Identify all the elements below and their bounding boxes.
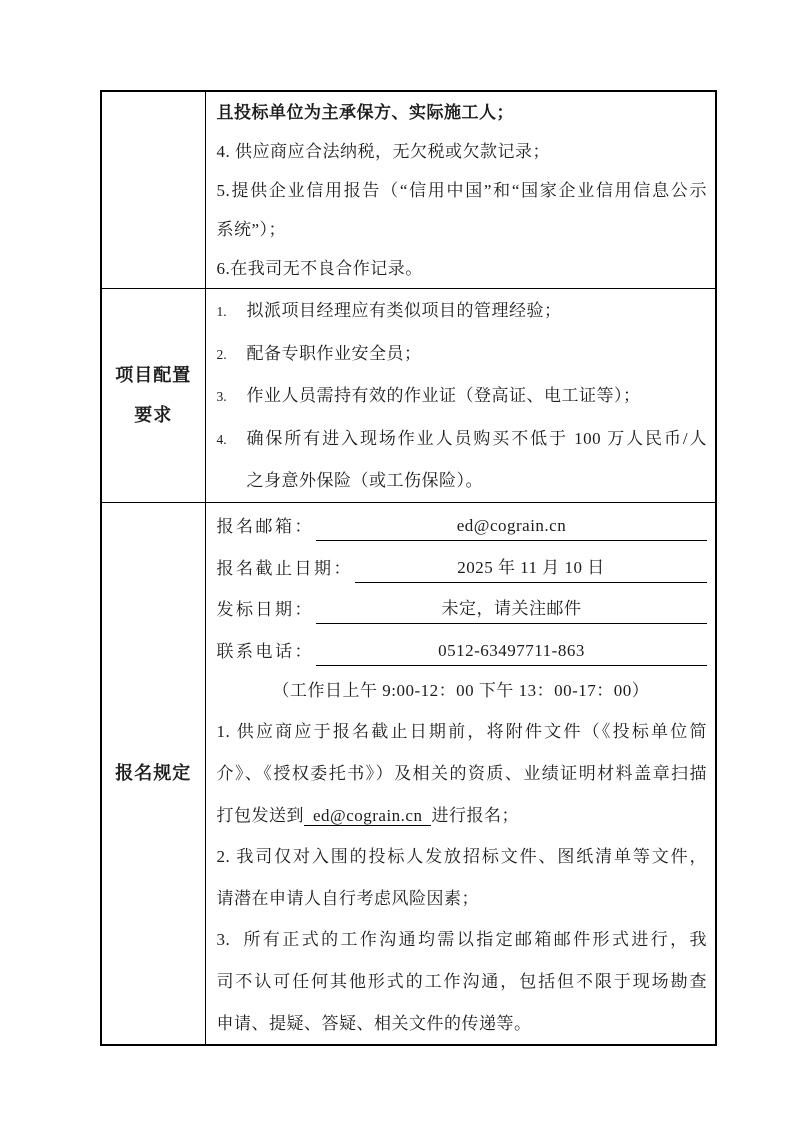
text-line: 6.在我司无不良合作记录。 [217, 249, 708, 288]
field-value: 未定，请关注邮件 [316, 595, 707, 624]
tender-requirements-table: 且投标单位为主承保方、实际施工人； 4. 供应商应合法纳税，无欠税或欠款记录； … [100, 90, 717, 1046]
send-line-suffix: 进行报名； [431, 806, 519, 825]
row-label-line: 报名规定 [103, 753, 204, 793]
field-value: 2025 年 11 月 10 日 [355, 554, 707, 583]
row-content-cell-signup-rules: 报名邮箱： ed@cograin.cn 报名截止日期： 2025 年 11 月 … [205, 502, 716, 1045]
list-item-text: 作业人员需持有效的作业证（登高证、电工证等）； [247, 375, 708, 417]
send-line-prefix: 打包发送到 [217, 806, 305, 825]
row-content-cell-project-config: 1. 拟派项目经理应有类似项目的管理经验； 2. 配备专职作业安全员； 3. 作… [205, 289, 716, 503]
field-signup-email: 报名邮箱： ed@cograin.cn [217, 504, 708, 546]
row-label-cell-signup-rules: 报名规定 [101, 502, 205, 1045]
row-content-cell-qualifications: 且投标单位为主承保方、实际施工人； 4. 供应商应合法纳税，无欠税或欠款记录； … [205, 91, 716, 289]
row-label-line: 要求 [103, 395, 204, 435]
row-label-cell-empty [101, 91, 205, 289]
field-label: 报名截止日期： [217, 555, 354, 583]
text-line: 介》、《授权委托书》）及相关的资质、业绩证明材料盖章扫描 [217, 753, 708, 795]
field-value: ed@cograin.cn [316, 512, 707, 541]
text-line: 系统”）； [217, 210, 708, 249]
text-line: 司不认可任何其他形式的工作沟通，包括但不限于现场勘查 [217, 961, 708, 1003]
working-hours-note: （工作日上午 9:00-12：00 下午 13：00-17：00） [217, 670, 708, 712]
table-row-project-config: 项目配置 要求 1. 拟派项目经理应有类似项目的管理经验； 2. 配备专职作业安… [101, 289, 716, 503]
text-line: 请潜在申请人自行考虑风险因素； [217, 878, 708, 920]
send-line-email-underlined: ed@cograin.cn [304, 806, 431, 826]
text-line: 且投标单位为主承保方、实际施工人； [217, 93, 708, 132]
text-line: 5.提供企业信用报告（“信用中国”和“国家企业信用信息公示 [217, 171, 708, 210]
field-label: 联系电话： [217, 638, 315, 666]
field-signup-deadline: 报名截止日期： 2025 年 11 月 10 日 [217, 545, 708, 587]
list-item: 4. 确保所有进入现场作业人员购买不低于 100 万人民币/人 [217, 418, 708, 461]
list-item-number: 2. [217, 334, 247, 376]
text-line-send-email: 打包发送到ed@cograin.cn进行报名； [217, 795, 708, 837]
text-line: 2. 我司仅对入围的投标人发放招标文件、图纸清单等文件， [217, 836, 708, 878]
list-item-number: 1. [217, 291, 247, 333]
text-line: 4. 供应商应合法纳税，无欠税或欠款记录； [217, 132, 708, 171]
field-contact-phone: 联系电话： 0512-63497711-863 [217, 628, 708, 670]
field-label: 报名邮箱： [217, 513, 315, 541]
row-label-line: 项目配置 [103, 355, 204, 395]
list-item-text: 确保所有进入现场作业人员购买不低于 100 万人民币/人 [247, 418, 708, 460]
field-label: 发标日期： [217, 596, 315, 624]
text-line: 3. 所有正式的工作沟通均需以指定邮箱邮件形式进行，我 [217, 919, 708, 961]
table-row-qualifications: 且投标单位为主承保方、实际施工人； 4. 供应商应合法纳税，无欠税或欠款记录； … [101, 91, 716, 289]
list-item-continuation: 之身意外保险（或工伤保险）。 [217, 460, 708, 502]
text-line: 1. 供应商应于报名截止日期前，将附件文件（《投标单位简 [217, 711, 708, 753]
list-item-number: 4. [217, 419, 247, 461]
row-label-cell-project-config: 项目配置 要求 [101, 289, 205, 503]
list-item: 1. 拟派项目经理应有类似项目的管理经验； [217, 290, 708, 333]
text-line: 申请、提疑、答疑、相关文件的传递等。 [217, 1003, 708, 1045]
list-item: 3. 作业人员需持有效的作业证（登高证、电工证等）； [217, 375, 708, 418]
list-item-number: 3. [217, 376, 247, 418]
list-item: 2. 配备专职作业安全员； [217, 333, 708, 376]
list-item-text: 配备专职作业安全员； [247, 333, 708, 375]
field-bid-issue-date: 发标日期： 未定，请关注邮件 [217, 587, 708, 629]
list-item-text: 拟派项目经理应有类似项目的管理经验； [247, 290, 708, 332]
table-row-signup-rules: 报名规定 报名邮箱： ed@cograin.cn 报名截止日期： 2025 年 … [101, 502, 716, 1045]
field-value: 0512-63497711-863 [316, 637, 707, 666]
